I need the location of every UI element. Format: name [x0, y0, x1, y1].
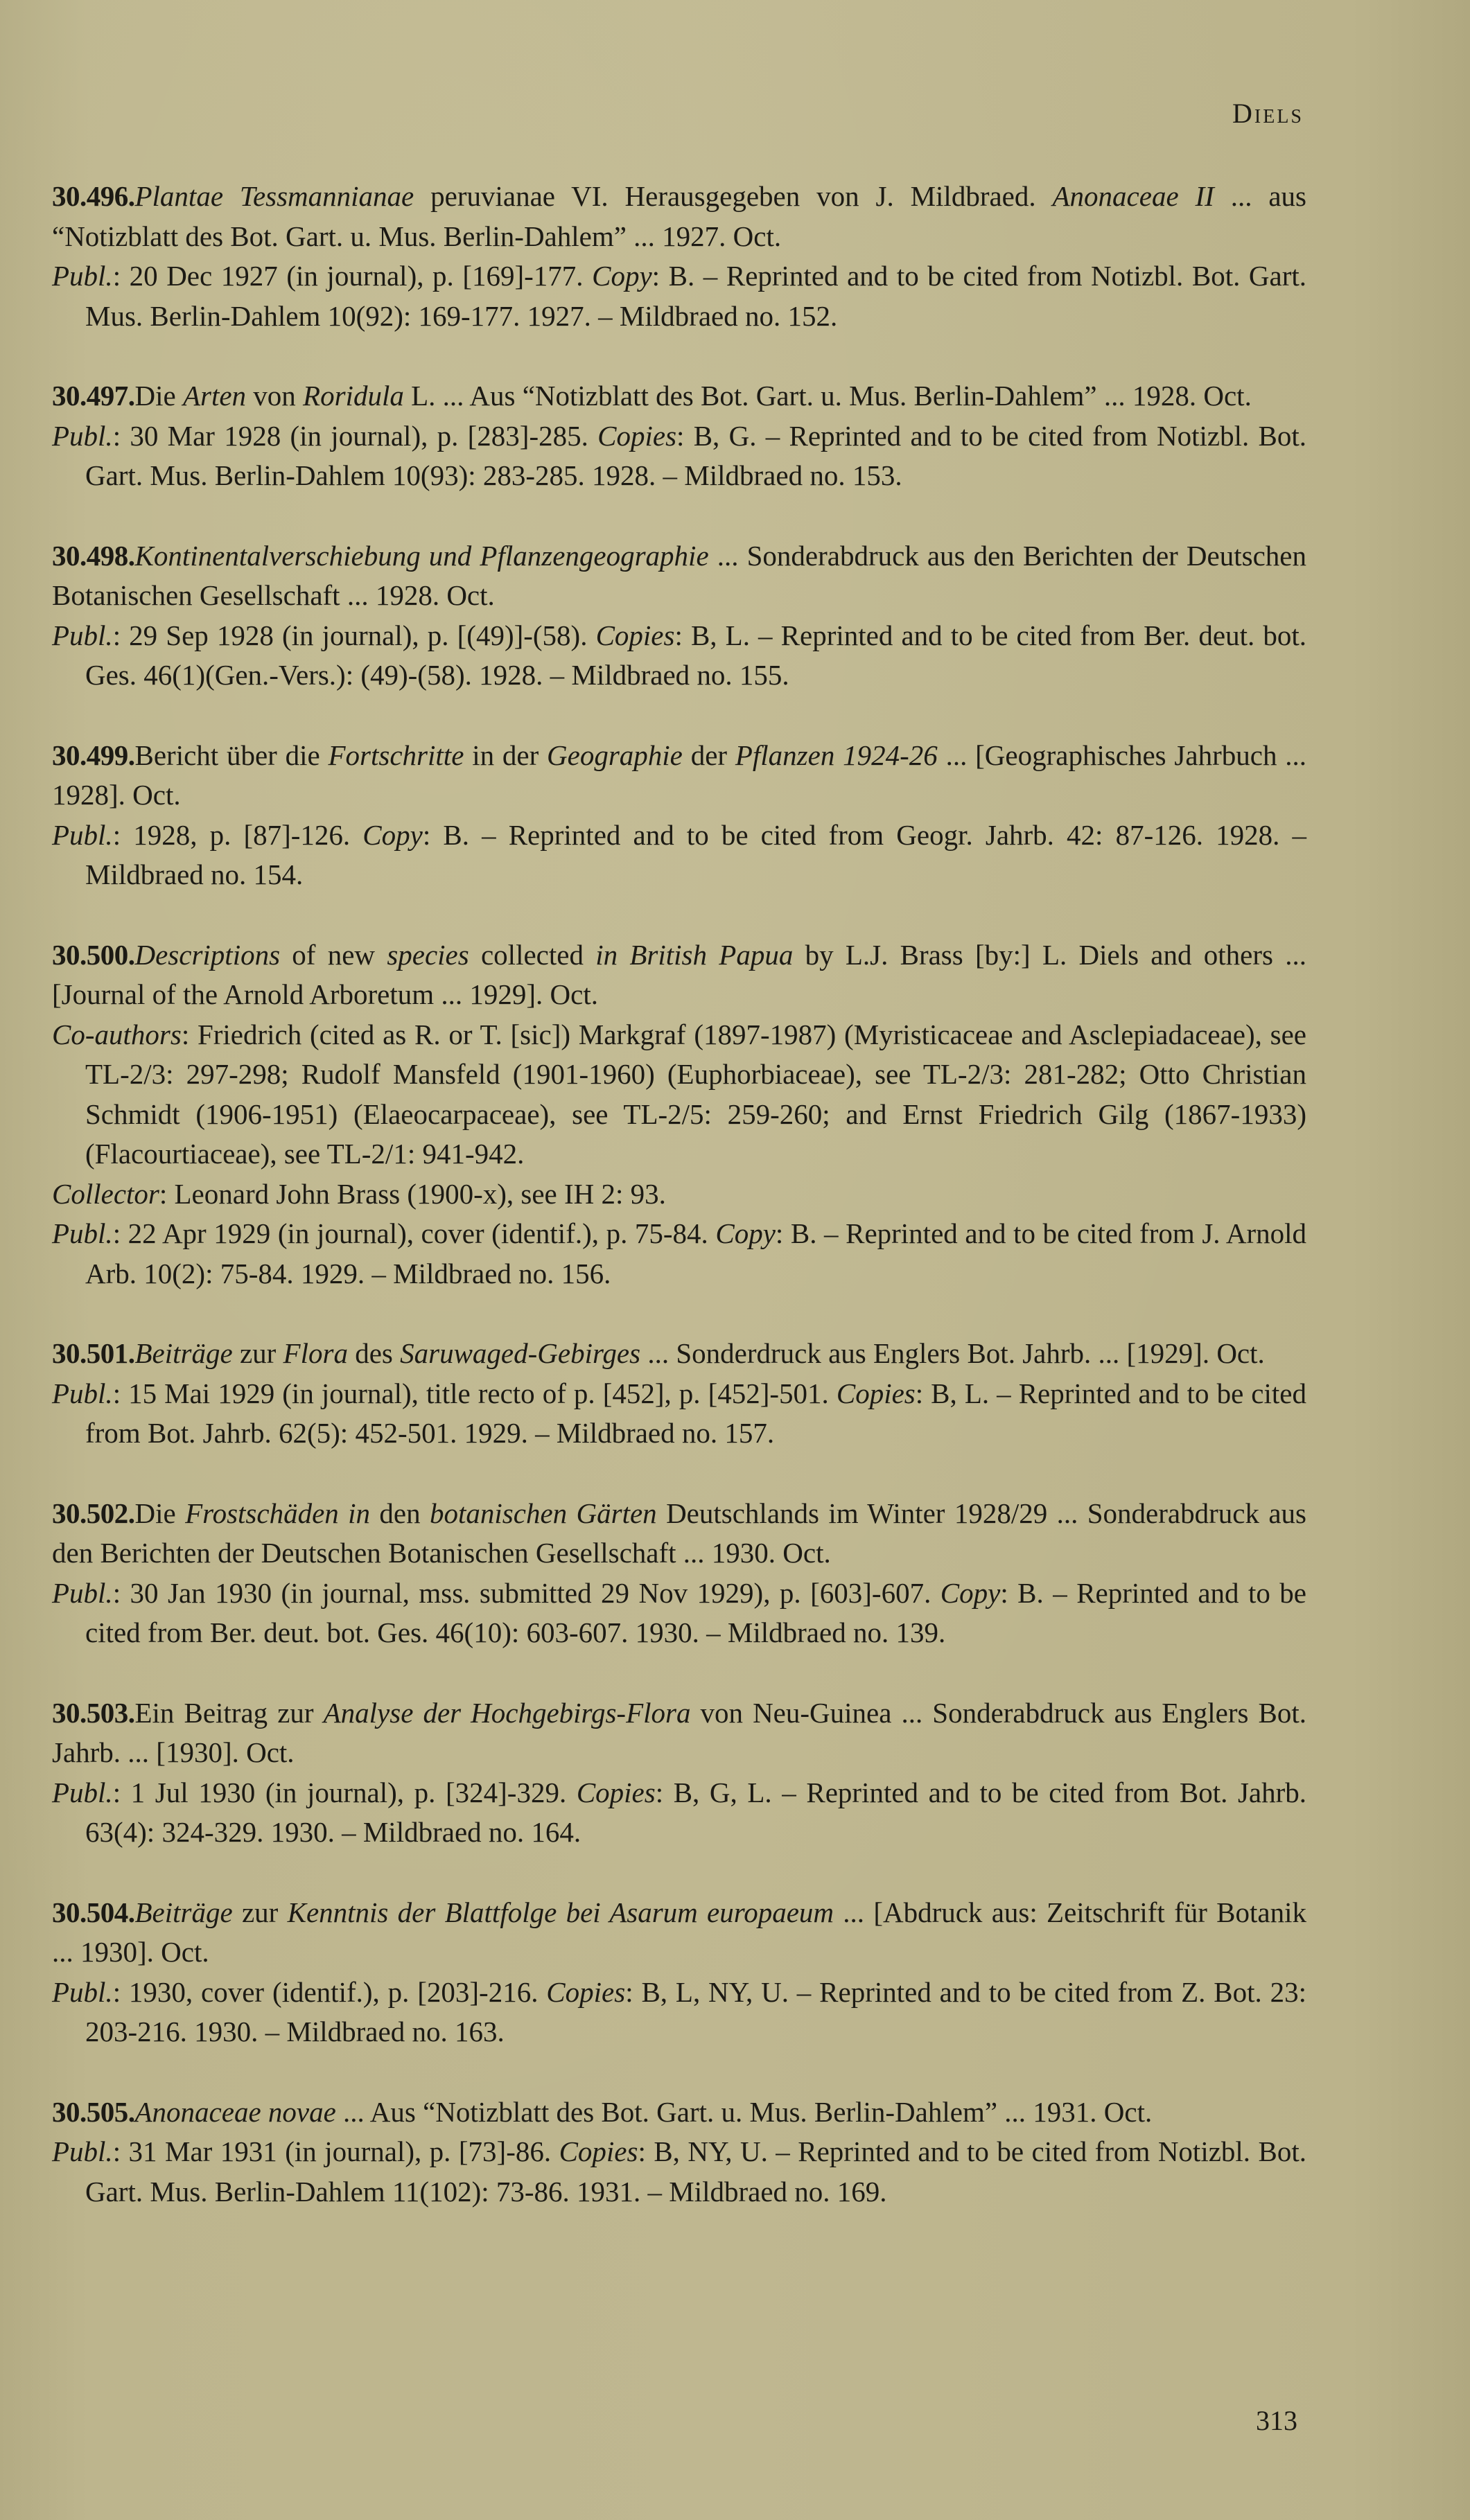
bibliography-entry: 30.501.Beiträge zur Flora des Saruwaged-…	[52, 1334, 1306, 1454]
italic-text: Flora	[283, 1337, 348, 1369]
entry-field: Publ.: 30 Jan 1930 (in journal, mss. sub…	[52, 1574, 1306, 1653]
bibliography-entry: 30.500.Descriptions of new species colle…	[52, 935, 1306, 1294]
bibliography-entry: 30.502.Die Frostschäden in den botanisch…	[52, 1494, 1306, 1653]
italic-text: Beiträge	[135, 1896, 233, 1928]
italic-text: Anonaceae II	[1053, 180, 1214, 212]
italic-text: Copy	[592, 260, 652, 292]
text-run: : 1 Jul 1930 (in journal), p. [324]-329.	[113, 1777, 577, 1808]
italic-text: Descriptions	[135, 939, 281, 971]
text-run: ... Sonderdruck aus Englers Bot. Jahrb. …	[640, 1337, 1265, 1369]
entry-field: Publ.: 1 Jul 1930 (in journal), p. [324]…	[52, 1773, 1306, 1853]
italic-text: Kenntnis der Blattfolge bei Asarum europ…	[288, 1896, 834, 1928]
field-label: Publ.	[52, 2135, 113, 2167]
italic-text: Copies	[559, 2135, 638, 2167]
text-run: of new	[280, 939, 387, 971]
bibliography-entry: 30.497.Die Arten von Roridula L. ... Aus…	[52, 376, 1306, 496]
italic-text: Geographie	[547, 739, 683, 771]
italic-text: Beiträge	[135, 1337, 233, 1369]
entry-field: Publ.: 15 Mai 1929 (in journal), title r…	[52, 1374, 1306, 1454]
entry-field: Publ.: 20 Dec 1927 (in journal), p. [169…	[52, 256, 1306, 336]
entry-number: 30.501.	[52, 1337, 135, 1369]
text-run: : 31 Mar 1931 (in journal), p. [73]-86.	[113, 2135, 559, 2167]
italic-text: species	[387, 939, 469, 971]
text-run: : Friedrich (cited as R. or T. [sic]) Ma…	[85, 1019, 1306, 1170]
entry-title: 30.499.Bericht über die Fortschritte in …	[52, 736, 1306, 816]
text-run: : Leonard John Brass (1900-x), see IH 2:…	[159, 1178, 666, 1210]
text-run: : 20 Dec 1927 (in journal), p. [169]-177…	[113, 260, 592, 292]
field-label: Publ.	[52, 1217, 113, 1249]
text-run: Die	[135, 1497, 186, 1529]
italic-text: Pflanzen 1924-26	[735, 739, 938, 771]
italic-text: Copies	[837, 1377, 916, 1409]
field-label: Publ.	[52, 1577, 113, 1609]
text-run: des	[348, 1337, 400, 1369]
entry-title: 30.503.Ein Beitrag zur Analyse der Hochg…	[52, 1693, 1306, 1773]
bibliography-entry: 30.504.Beiträge zur Kenntnis der Blattfo…	[52, 1893, 1306, 2052]
text-run: zur	[233, 1337, 283, 1369]
italic-text: botanischen Gärten	[430, 1497, 657, 1529]
text-run: : 1930, cover (identif.), p. [203]-216.	[113, 1976, 547, 2008]
italic-text: Frostschäden in	[185, 1497, 370, 1529]
italic-text: Kontinentalverschiebung und Pflanzengeog…	[135, 540, 709, 572]
field-label: Publ.	[52, 1976, 113, 2008]
text-run: den	[370, 1497, 430, 1529]
italic-text: Anonaceae novae	[135, 2096, 336, 2128]
entry-number: 30.496.	[52, 180, 135, 212]
field-label: Publ.	[52, 260, 113, 292]
italic-text: Copies	[577, 1777, 656, 1808]
text-run: ... Aus “Notizblatt des Bot. Gart. u. Mu…	[336, 2096, 1152, 2128]
text-run: zur	[233, 1896, 288, 1928]
text-run: der	[683, 739, 735, 771]
text-run: Die	[135, 380, 183, 412]
text-run: in der	[464, 739, 547, 771]
field-label: Publ.	[52, 1377, 113, 1409]
bibliography-entry: 30.498.Kontinentalverschiebung und Pflan…	[52, 536, 1306, 696]
entry-number: 30.498.	[52, 540, 135, 572]
text-run: L. ... Aus “Notizblatt des Bot. Gart. u.…	[404, 380, 1252, 412]
text-run: peruvianae VI. Herausgegeben von J. Mild…	[414, 180, 1052, 212]
entry-number: 30.502.	[52, 1497, 135, 1529]
italic-text: Copies	[597, 420, 676, 452]
italic-text: Copies	[596, 619, 675, 651]
book-page: Diels 30.496.Plantae Tessmannianae peruv…	[0, 0, 1470, 2520]
bibliography-entry: 30.505.Anonaceae novae ... Aus “Notizbla…	[52, 2092, 1306, 2212]
entry-field: Publ.: 29 Sep 1928 (in journal), p. [(49…	[52, 616, 1306, 696]
italic-text: Arten	[183, 380, 246, 412]
field-label: Co-authors	[52, 1019, 182, 1050]
text-run: : 30 Jan 1930 (in journal, mss. submitte…	[113, 1577, 940, 1609]
entry-number: 30.500.	[52, 939, 135, 971]
text-run: collected	[469, 939, 596, 971]
field-label: Collector	[52, 1178, 159, 1210]
entry-title: 30.501.Beiträge zur Flora des Saruwaged-…	[52, 1334, 1306, 1374]
text-run: : 29 Sep 1928 (in journal), p. [(49)]-(5…	[113, 619, 596, 651]
running-head: Diels	[1232, 97, 1304, 130]
entry-title: 30.502.Die Frostschäden in den botanisch…	[52, 1494, 1306, 1574]
text-run: : 15 Mai 1929 (in journal), title recto …	[113, 1377, 837, 1409]
italic-text: Roridula	[303, 380, 404, 412]
entry-field: Publ.: 1928, p. [87]-126. Copy: B. – Rep…	[52, 816, 1306, 895]
italic-text: Analyse der Hochgebirgs-Flora	[324, 1697, 691, 1729]
italic-text: Copy	[715, 1217, 776, 1249]
entry-title: 30.497.Die Arten von Roridula L. ... Aus…	[52, 376, 1306, 416]
entry-number: 30.499.	[52, 739, 135, 771]
text-run: : 22 Apr 1929 (in journal), cover (ident…	[113, 1217, 716, 1249]
italic-text: Saruwaged-Gebirges	[400, 1337, 640, 1369]
entry-field: Publ.: 22 Apr 1929 (in journal), cover (…	[52, 1214, 1306, 1294]
entry-field: Collector: Leonard John Brass (1900-x), …	[52, 1174, 1306, 1215]
italic-text: in British Papua	[595, 939, 793, 971]
page-number: 313	[1256, 2404, 1297, 2437]
entry-field: Publ.: 1930, cover (identif.), p. [203]-…	[52, 1973, 1306, 2052]
bibliography-entry: 30.499.Bericht über die Fortschritte in …	[52, 736, 1306, 895]
entry-title: 30.498.Kontinentalverschiebung und Pflan…	[52, 536, 1306, 616]
entry-title: 30.496.Plantae Tessmannianae peruvianae …	[52, 177, 1306, 256]
bibliography-entry: 30.496.Plantae Tessmannianae peruvianae …	[52, 177, 1306, 336]
entry-title: 30.504.Beiträge zur Kenntnis der Blattfo…	[52, 1893, 1306, 1973]
bibliography-entries: 30.496.Plantae Tessmannianae peruvianae …	[52, 177, 1306, 2252]
italic-text: Plantae Tessmannianae	[135, 180, 414, 212]
entry-field: Co-authors: Friedrich (cited as R. or T.…	[52, 1015, 1306, 1174]
bibliography-entry: 30.503.Ein Beitrag zur Analyse der Hochg…	[52, 1693, 1306, 1853]
italic-text: Copy	[362, 819, 423, 851]
italic-text: Copies	[546, 1976, 625, 2008]
entry-title: 30.505.Anonaceae novae ... Aus “Notizbla…	[52, 2092, 1306, 2133]
text-run: : 30 Mar 1928 (in journal), p. [283]-285…	[113, 420, 597, 452]
field-label: Publ.	[52, 619, 113, 651]
field-label: Publ.	[52, 420, 113, 452]
entry-title: 30.500.Descriptions of new species colle…	[52, 935, 1306, 1015]
entry-number: 30.503.	[52, 1697, 135, 1729]
italic-text: Copy	[940, 1577, 1001, 1609]
text-run: : 1928, p. [87]-126.	[113, 819, 363, 851]
entry-field: Publ.: 31 Mar 1931 (in journal), p. [73]…	[52, 2132, 1306, 2212]
field-label: Publ.	[52, 819, 113, 851]
entry-field: Publ.: 30 Mar 1928 (in journal), p. [283…	[52, 416, 1306, 496]
italic-text: Fortschritte	[329, 739, 464, 771]
field-label: Publ.	[52, 1777, 113, 1808]
text-run: Ein Beitrag zur	[135, 1697, 324, 1729]
entry-number: 30.505.	[52, 2096, 135, 2128]
entry-number: 30.504.	[52, 1896, 135, 1928]
text-run: von	[246, 380, 303, 412]
entry-number: 30.497.	[52, 380, 135, 412]
text-run: Bericht über die	[135, 739, 329, 771]
